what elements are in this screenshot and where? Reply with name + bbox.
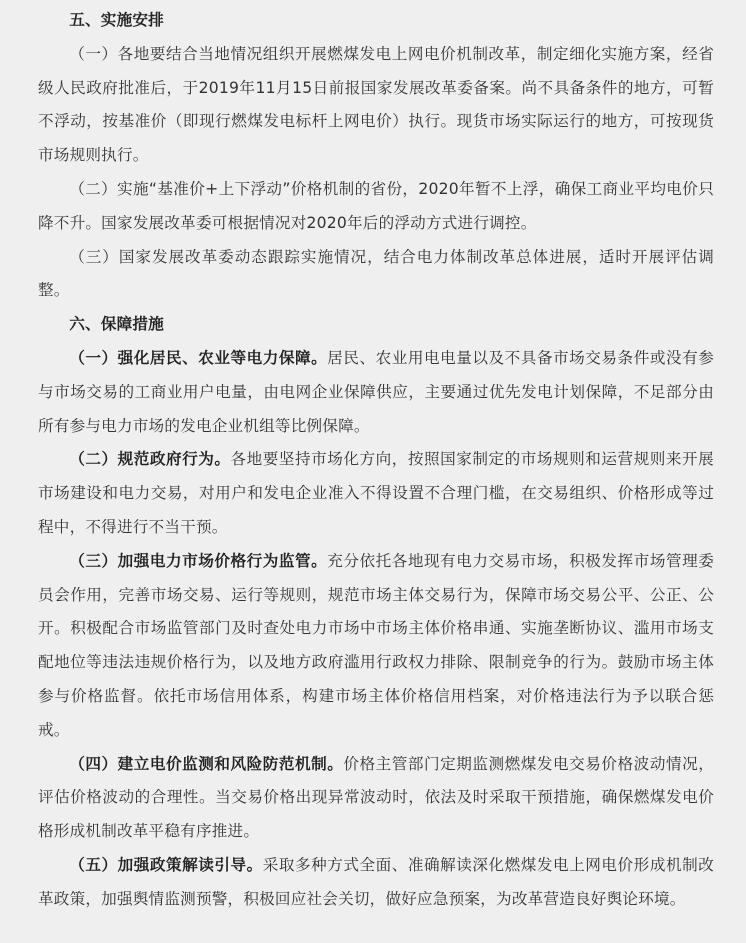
- paragraph-text: （三）国家发展改革委动态跟踪实施情况，结合电力体制改革总体进展，适时开展评估调整…: [38, 248, 714, 300]
- section-heading-safeguards: 六、保障措施: [38, 308, 714, 342]
- paragraph-text: （一）各地要结合当地情况组织开展燃煤发电上网电价机制改革，制定细化实施方案，经省…: [38, 45, 714, 164]
- section-heading-implementation: 五、实施安排: [38, 4, 714, 38]
- paragraph-lead: （五）加强政策解读引导。: [69, 856, 263, 874]
- paragraph: （二）规范政府行为。各地要坚持市场化方向，按照国家制定的市场规则和运营规则来开展…: [38, 443, 714, 544]
- paragraph: （二）实施“基准价+上下浮动”价格机制的省份，2020年暂不上浮，确保工商业平均…: [38, 173, 714, 241]
- paragraph: （三）加强电力市场价格行为监管。充分依托各地现有电力交易市场，积极发挥市场管理委…: [38, 545, 714, 748]
- paragraph: （一）各地要结合当地情况组织开展燃煤发电上网电价机制改革，制定细化实施方案，经省…: [38, 38, 714, 173]
- paragraph-lead: （一）强化居民、农业等电力保障。: [69, 349, 327, 367]
- paragraph-lead: （二）规范政府行为。: [69, 450, 230, 468]
- paragraph-text: 充分依托各地现有电力交易市场，积极发挥市场管理委员会作用，完善市场交易、运行等规…: [38, 552, 714, 739]
- paragraph-lead: （三）加强电力市场价格行为监管。: [69, 552, 327, 570]
- paragraph: （五）加强政策解读引导。采取多种方式全面、准确解读深化燃煤发电上网电价形成机制改…: [38, 849, 714, 917]
- paragraph: （一）强化居民、农业等电力保障。居民、农业用电电量以及不具备市场交易条件或没有参…: [38, 342, 714, 443]
- paragraph-lead: （四）建立电价监测和风险防范机制。: [69, 755, 343, 773]
- paragraph-text: （二）实施“基准价+上下浮动”价格机制的省份，2020年暂不上浮，确保工商业平均…: [38, 180, 714, 232]
- paragraph: （四）建立电价监测和风险防范机制。价格主管部门定期监测燃煤发电交易价格波动情况，…: [38, 748, 714, 849]
- paragraph: （三）国家发展改革委动态跟踪实施情况，结合电力体制改革总体进展，适时开展评估调整…: [38, 241, 714, 309]
- document-body: 五、实施安排 （一）各地要结合当地情况组织开展燃煤发电上网电价机制改革，制定细化…: [38, 4, 714, 917]
